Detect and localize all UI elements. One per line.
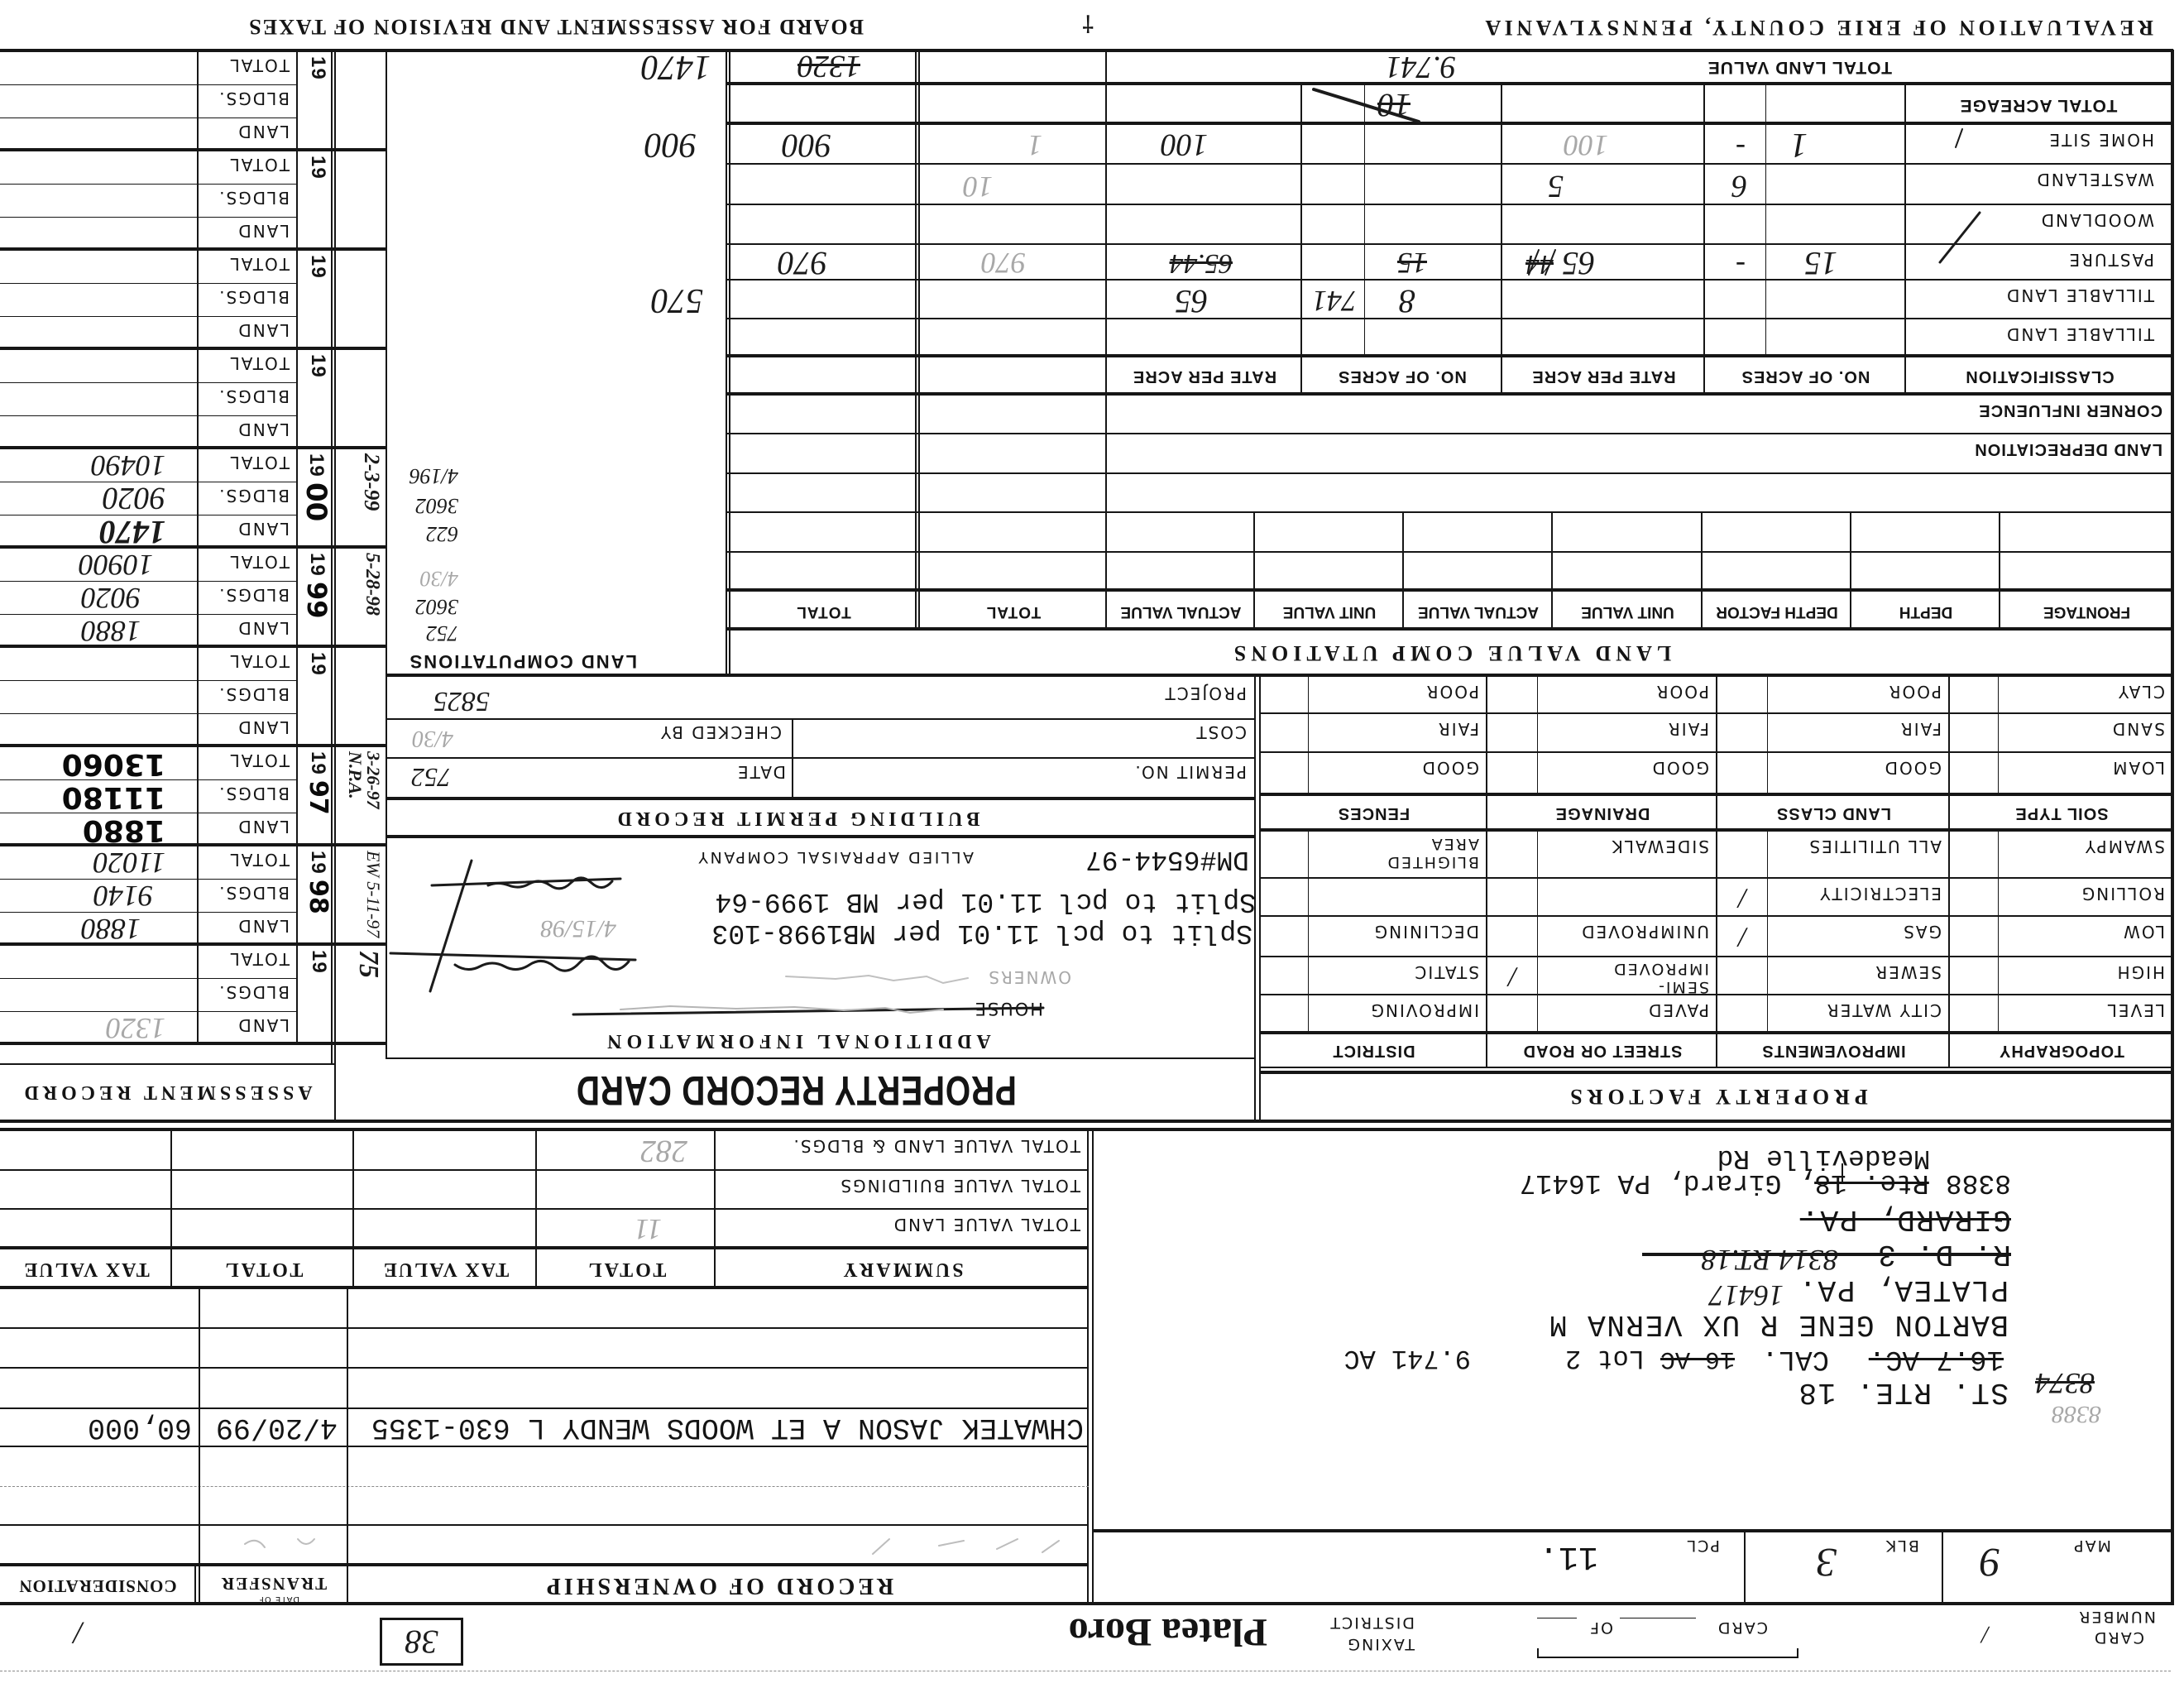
assessment-label-bldgs: BLDGS. [199,582,298,615]
total-acreage-struck: 10 [1377,89,1410,122]
factor-option [1538,879,1717,917]
unit-value-header: UNIT VALUE [1553,592,1703,631]
divider [0,1042,387,1045]
erased-house-text [620,1006,943,1013]
card-of-bracket [1537,1648,1798,1658]
wasteland-total-1: 10 [963,172,993,202]
total-header: TOTAL [920,592,1107,631]
owner-name: BARTON GENE R UX VERNA M [1548,1309,2009,1339]
assessment-label-land: LAND [199,714,298,747]
classification-label: TILLABLE LAND [1906,281,2171,319]
classification-label: PASTURE [1906,245,2171,281]
divider [0,843,387,846]
card-count-value: 38 [405,1625,438,1658]
soil-option: CLAY [1999,677,2173,714]
card-border-bottom [0,49,2173,52]
soil-option: GOOD [1538,753,1717,796]
divider [0,1327,1089,1329]
divider [0,1524,1089,1526]
ownership-row-date: 4/20/99 [216,1412,338,1441]
factor-option: GAS [1768,917,1950,957]
pasture-acres-fraction: - [1736,252,1746,281]
soil-option: FAIR [1309,714,1487,753]
land-depreciation-label: LAND DEPRECIATION [1840,434,2171,474]
divider [0,744,387,747]
divider [0,1120,2173,1123]
acreage-original: 16.7 AC. [1869,1345,2004,1373]
factor-option: SWAMPY [1999,832,2173,879]
soil-type-header: SOIL TYPE [1950,796,2173,832]
assessment-label-bldgs: BLDGS. [199,780,298,813]
soil-option: POOR [1768,677,1950,714]
struck-handwritten-note [488,878,612,889]
factor-check [1487,832,1538,879]
land-computations-label: LAND COMPUTATIONS [409,652,637,670]
rural-route-handwritten: 8314 RT.18 [1702,1245,1838,1275]
assessment-year: 19 [300,255,330,346]
property-factors-title: PROPERTY FACTORS [1260,1074,2173,1119]
unit-value-header: UNIT VALUE [1255,592,1404,631]
assessment-bldgs-value: 9020 [103,482,165,514]
factor-check [1950,917,1999,957]
soil-option: POOR [1309,677,1487,714]
struck-handwritten-note [455,957,629,971]
corner-mark: / [74,1617,83,1648]
divider [729,51,730,677]
consideration-label: CONSIDERATION [0,1566,195,1604]
divider [199,1288,200,1605]
project-label: PROJECT [1164,685,1247,702]
total-land-value-computation: 1470 [641,50,711,84]
assessment-year: 19 [300,354,330,445]
divider [1942,1532,1943,1604]
county-title: REVALUATION OF ERIE COUNTY, PENNSYLVANIA [1482,17,2153,38]
classification-label: WOODLAND [1906,205,2171,245]
summary-land-bldgs-total: 282 [640,1135,687,1167]
ownership-row-owner: CHWATEK JASON A ET WOODS WENDY L 630-135… [371,1412,1084,1441]
assessment-label-total: TOTAL [199,846,298,880]
faint-ownership-marks [873,1539,1059,1554]
assessment-label-total: TOTAL [199,549,298,582]
factor-check [1950,995,1999,1034]
acres-header: NO. OF ACRES [1302,357,1502,396]
pasture-acres-struck: 15 [1397,248,1427,278]
divider [0,1446,1089,1447]
handwritten-note-date: 4/15/98 [540,916,616,941]
pcl-value: 11. [1539,1539,1598,1572]
assessment-total-value: 10490 [91,451,165,481]
divider [0,1367,1089,1369]
depth-header: DEPTH [1851,592,2000,631]
cost-label: COST [1195,724,1247,741]
divider [1364,85,1365,357]
home-site-rate-2: 100 [1161,129,1208,161]
total-land-value-struck: 1320 [797,50,860,82]
assessment-label-total: TOTAL [199,251,298,284]
assessment-note: 3-26-97 N.P.A. [338,751,382,842]
assessment-label-land: LAND [199,1012,298,1045]
topography-header: TOPOGRAPHY [1950,1034,2173,1068]
computation-note: 622 [426,523,458,544]
assessment-land-value: 1470 [99,516,165,549]
total-header: TOTAL [730,592,917,631]
computation-note: 3602 [415,596,458,617]
assessment-label-bldgs: BLDGS. [199,979,298,1012]
assessment-label-land: LAND [199,118,298,151]
factor-check [1950,957,1999,995]
divider [0,645,387,648]
factor-option: BLIGHTED AREA [1347,832,1487,879]
assessment-total-value: 11020 [93,848,165,878]
divider [1300,85,1302,396]
taxing-district-label: DISTRICT [1329,1614,1415,1630]
divider [0,347,387,350]
assessment-land-value: 1320 [106,1014,165,1043]
owners-note-faint: OWNERS [987,969,1071,985]
permit-date-value: 752 [411,765,451,791]
factor-option: ELECTRICITY [1768,879,1950,917]
tillable-rate: 65 [1175,285,1208,318]
soil-option: GOOD [1768,753,1950,796]
assessment-label-total: TOTAL [199,151,298,185]
rate-header: RATE PER ACRE [1107,357,1302,396]
divider [1105,51,1107,631]
divider [386,51,387,1059]
transfer-label: TRANSFER [200,1572,347,1594]
assessment-year: 1997 [300,751,330,842]
summary-header: SUMMARY [716,1249,1089,1289]
blk-value: 3 [1816,1542,1837,1584]
ownership-title: RECORD OF OWNERSHIP [348,1566,1089,1604]
property-record-card: CARD NUMBER / CARD OF TAXING DISTRICT Pl… [0,0,2184,1688]
computation-note: 752 [426,622,458,644]
assessment-label-total: TOTAL [199,747,298,780]
pasture-rate: 65 [1562,247,1595,280]
assessment-note [338,652,382,743]
street-road-header: STREET OR ROAD [1487,1034,1717,1068]
city-line: PLATEA, PA. [1798,1274,2009,1304]
home-site-computation: 900 [644,127,697,162]
assessment-label-bldgs: BLDGS. [199,284,298,317]
property-record-card-title: PROPERTY RECORD CARD [336,1064,1256,1117]
map-label: MAP [2072,1537,2111,1553]
pasture-rate-struck: 44 [1525,250,1554,278]
fences-header: FENCES [1260,796,1487,832]
old-city-struck: GIRARD, PA. [1800,1204,2011,1234]
factor-check [1717,995,1768,1034]
acres-header: NO. OF ACRES [1705,357,1906,396]
acreage-revised: 16 AC [1660,1346,1735,1371]
acreage-current: 9.741 AC [1343,1345,1471,1371]
assessment-bldgs-value: 9140 [93,881,153,911]
factor-option: SIDEWALK [1538,832,1717,879]
assessment-year: 19 [300,56,330,147]
divider [1092,1529,2173,1532]
factor-check [1950,832,1999,879]
card-number-label: NUMBER [2077,1609,2156,1624]
summary-land-total: 11 [635,1215,662,1244]
divider [386,757,1256,759]
building-permit-title: BUILDING PERMIT RECORD [338,800,1256,837]
soil-option: GOOD [1309,753,1487,796]
assessment-label-bldgs: BLDGS. [199,482,298,516]
home-site-acres-fraction: - [1736,134,1746,164]
blk-label: BLK [1885,1537,1919,1553]
factor-check [1260,995,1309,1034]
divider [0,1407,1089,1409]
factor-check [1260,879,1309,917]
divider [0,247,387,251]
district-header: DISTRICT [1260,1034,1487,1068]
strike-line [1642,1253,2011,1256]
street-line: ST. RTE. 18 [1798,1377,2009,1407]
assessment-label-bldgs: BLDGS. [199,85,298,118]
assessment-label-total: TOTAL [199,449,298,482]
factor-check [1260,917,1309,957]
divider [727,511,2173,513]
factor-check [1260,832,1309,879]
home-site-acres: 1 [1790,127,1808,162]
divider [792,720,793,800]
factor-check [1487,995,1538,1034]
actual-value-header: ACTUAL VALUE [1404,592,1553,631]
assessment-land-value: 1880 [81,616,141,646]
assessment-label-land: LAND [199,416,298,449]
appraiser-name: ALLIED APPRAISAL COMPANY [697,849,974,865]
factor-option: ROLLING [1999,879,2173,917]
assessment-bldgs-value: 9020 [81,583,141,613]
computation-note: 3602 [415,495,458,516]
home-site-total-2: 900 [782,129,831,162]
faint-date-marks [245,1539,314,1547]
divider [1703,85,1705,396]
divider [1744,1532,1746,1604]
struck-note-line [390,953,635,960]
checked-by-label: CHECKED BY [659,724,782,741]
summary-header: TOTAL [537,1249,716,1289]
total-land-value-label: TOTAL LAND VALUE [1707,59,1892,76]
total-acreage-note: 9.741 [1386,51,1457,83]
divider [0,545,387,549]
assessment-label-land: LAND [199,516,298,549]
assessment-land-value: 1880 [81,914,141,944]
assessment-note: 2-3-99 [338,453,382,544]
permit-no-label: PERMIT NO. [1133,764,1247,780]
assessment-label-bldgs: BLDGS. [199,681,298,714]
of-label: OF [1588,1619,1613,1635]
assessment-label-bldgs: BLDGS. [199,880,298,913]
classification-header: CLASSIFICATION [1906,357,2173,396]
factor-option: LOW [1999,917,2173,957]
card-label: CARD [1717,1619,1768,1635]
assessment-year: 19 [300,652,330,743]
card-count-box: 38 [380,1618,463,1666]
summary-header: TOTAL [172,1249,354,1289]
soil-option: FAIR [1768,714,1950,753]
factor-check [1717,957,1768,995]
city-zip: 16417 [1709,1281,1784,1311]
divider [0,942,387,946]
total-acreage-label: TOTAL ACREAGE [1906,85,2171,125]
card-blank-line [1620,1618,1696,1618]
pasture-total-2: 970 [778,247,827,280]
factor-option: SEWER [1768,957,1950,995]
factor-check [1487,917,1538,957]
improvements-header: IMPROVEMENTS [1717,1034,1950,1068]
handwritten-house-number-struck: 8374 [2035,1369,2095,1398]
pcl-label: PCL [1686,1537,1720,1553]
assessment-note: 75 [338,950,382,1041]
divider [727,551,2173,553]
assessment-label-land: LAND [199,813,298,846]
tillable-acres-fraction: 741 [1312,286,1357,316]
factor-check: / [1717,917,1768,957]
lot-number: Lot 2 [1565,1345,1645,1371]
split-note-1: Split to pcl 11.01 per MB1998-103 [711,919,1252,947]
factor-option: STATIC [1309,957,1487,995]
factor-option: SEMI-IMPROVED [1573,957,1717,995]
card-number-label: CARD [2093,1629,2144,1645]
factor-option: LEVEL [1999,995,2173,1034]
divider [1501,85,1502,396]
assessment-year: 19 [300,156,330,247]
soil-option: FAIR [1538,714,1717,753]
tillable-computation: 570 [651,283,703,318]
erased-owners-text [786,976,968,983]
pasture-acres: 15 [1804,247,1837,280]
assessment-year: 1998 [300,851,330,942]
map-value: 9 [1980,1542,2000,1584]
divider [347,1288,348,1605]
additional-information-title: ADDITIONAL INFORMATION [338,1024,1256,1057]
summary-row-label: TOTAL VALUE LAND [716,1210,1089,1249]
rate-header: RATE PER ACRE [1502,357,1705,396]
assessment-label-land: LAND [199,913,298,946]
mailing-number: 8388 [1946,1168,2011,1198]
split-note-2: Split to pcl 11.01 per MB 1999-64 [715,888,1256,915]
drainage-header: DRAINAGE [1487,796,1717,832]
pasture-total-1: 970 [981,248,1026,278]
assessment-label-land: LAND [199,218,298,251]
factor-check [1717,832,1768,879]
factor-option: IMPROVING [1309,995,1487,1034]
factor-option: DECLINING [1309,917,1487,957]
computation-note: 4/196 [409,465,458,487]
wasteland-acres-fraction: 6 [1731,170,1747,202]
assessment-note: 5-28-98 [338,553,382,644]
project-value: 5825 [433,687,490,715]
assessment-year: 1999 [300,553,330,644]
divider [386,1057,1256,1059]
divider [0,1486,1089,1487]
divider [386,718,1256,720]
assessment-note: EW 5-11-97 [338,851,382,942]
assessment-label-land: LAND [199,317,298,350]
mailing-insert: Meadeville Rd [1717,1144,1930,1172]
ownership-row-consideration: 60,000 [88,1412,192,1441]
factor-option: ALL UTILITIES [1768,832,1950,879]
pasture-rate-2-struck: 65.44 [1170,249,1233,277]
divider [0,446,387,449]
assessment-label-land: LAND [199,615,298,648]
factor-check [1950,879,1999,917]
summary-header: TAX VALUE [0,1249,172,1289]
divider [0,1063,336,1065]
divider [1765,85,1766,357]
depth-factor-header: DEPTH FACTOR [1703,592,1851,631]
classification-label: HOME SITE [1906,125,2171,165]
corner-influence-label: CORNER INFLUENCE [1840,396,2171,434]
classification-label: WASTELAND [1906,165,2171,205]
divider [726,51,727,677]
soil-option: SAND [1999,714,2173,753]
assessment-label-total: TOTAL [199,52,298,85]
assessment-label-total: TOTAL [199,350,298,383]
handwritten-house-number: 8388 [2052,1402,2101,1427]
soil-option: LOAM [1999,753,2173,796]
assessment-label-total: TOTAL [199,648,298,681]
taxing-district-label: TAXING [1346,1636,1415,1652]
assessment-year: 1900 [300,453,330,544]
factor-check: / [1487,957,1538,995]
classification-label: TILLABLE LAND [1906,319,2171,357]
house-note-struck: HOUSE [974,1000,1043,1017]
land-value-title: LAND VALUE COMP UTATIONS [727,631,2173,675]
assessment-land-value: 1880 [83,815,165,845]
assessment-year: 19 [300,950,330,1041]
dm-number: DM#6544-97 [1085,846,1249,873]
summary-header: TAX VALUE [354,1249,537,1289]
divider [1092,1129,1094,1605]
assessment-label-total: TOTAL [199,946,298,979]
acreage-cal: CAL. [1761,1345,1829,1373]
assessment-label-bldgs: BLDGS. [199,185,298,218]
home-site-total-1: 1 [1027,131,1042,161]
card-number-mark: / [1982,1622,1989,1647]
taxing-district-value: Platea Boro [1069,1612,1267,1652]
tillable-acres: 8 [1399,285,1415,318]
date-of-label: DATE OF [258,1594,299,1603]
land-class-header: LAND CLASS [1717,796,1950,832]
divider [0,148,387,151]
note-diagonal-stroke [430,861,472,991]
factor-option: PAVED [1538,995,1717,1034]
computation-note: 4/30 [420,568,458,589]
summary-row-label: TOTAL VALUE BUILDINGS [716,1171,1089,1210]
assessment-total-value: 10900 [79,550,153,580]
assessment-record-title: ASSESSMENT RECORD [0,1066,333,1119]
registration-mark: † [1082,13,1094,35]
soil-option: POOR [1538,677,1717,714]
frontage-header: FRONTAGE [2000,592,2173,631]
factor-option: UNIMPROVED [1538,917,1717,957]
assessment-label-bldgs: BLDGS. [199,383,298,416]
actual-value-header: ACTUAL VALUE [1107,592,1255,631]
board-title: BOARD FOR ASSESSMENT AND REVISION OF TAX… [247,16,864,37]
checked-by-value: 4/30 [412,727,453,750]
divider [915,51,917,631]
factor-check [1260,957,1309,995]
divider [0,1671,2171,1671]
home-site-rate: 100 [1564,131,1608,161]
struck-note-line [432,879,620,885]
assessment-bldgs-value: 11180 [62,782,165,812]
permit-date-label: DATE [736,764,786,780]
divider [918,51,920,631]
factor-option: CITY WATER [1768,995,1950,1034]
of-blank-line [1537,1618,1577,1618]
wasteland-rate: 5 [1548,170,1564,202]
